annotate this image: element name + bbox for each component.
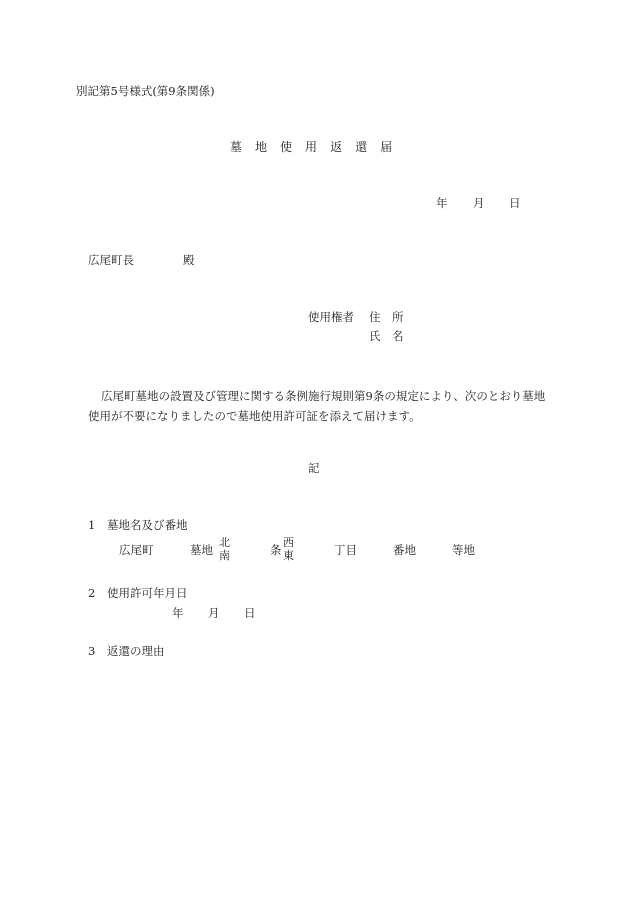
name-label: 氏 名 xyxy=(369,329,404,343)
field-chome: 丁目 xyxy=(334,545,357,557)
field-banchi: 番地 xyxy=(393,545,416,557)
ki-heading: 記 xyxy=(308,463,320,475)
item-number: 2 xyxy=(88,588,107,600)
body-line-1: 広尾町墓地の設置及び管理に関する条例施行規則第9条の規定により、次のとおり墓地 xyxy=(88,386,558,406)
title-char: 使 xyxy=(280,141,292,153)
field-west: 西 xyxy=(283,536,294,549)
applicant-address-row: 使用権者 住 所 xyxy=(308,312,354,324)
addressee-honorific: 殿 xyxy=(183,255,195,267)
item-label: 使用許可年月日 xyxy=(107,586,188,600)
field-east: 東 xyxy=(283,549,294,562)
document-title: 墓地使用返還届 xyxy=(230,141,405,153)
body-paragraph: 広尾町墓地の設置及び管理に関する条例施行規則第9条の規定により、次のとおり墓地 … xyxy=(88,386,558,426)
field-north-south: 北 南 xyxy=(219,536,230,562)
title-char: 墓 xyxy=(230,141,242,153)
field-west-east: 西 東 xyxy=(283,536,294,562)
item-1-heading: 1墓地名及び番地 xyxy=(88,520,188,532)
item-label: 返還の理由 xyxy=(107,644,165,658)
field-tochi: 等地 xyxy=(452,545,475,557)
date-day: 日 xyxy=(509,198,521,210)
field-town: 広尾町 xyxy=(119,545,154,557)
field-north: 北 xyxy=(219,536,230,549)
field-jo: 条 xyxy=(270,545,282,557)
permit-year: 年 xyxy=(172,608,184,620)
date-month: 月 xyxy=(473,198,485,210)
body-line-2: 使用が不要になりましたので墓地使用許可証を添えて届けます。 xyxy=(88,406,558,426)
addressee: 広尾町長 殿 xyxy=(88,255,134,267)
field-south: 南 xyxy=(219,549,230,562)
applicant-role: 使用権者 xyxy=(308,310,354,324)
title-char: 用 xyxy=(305,141,317,153)
title-char: 地 xyxy=(255,141,267,153)
title-char: 還 xyxy=(355,141,367,153)
item-number: 1 xyxy=(88,520,107,532)
date-year: 年 xyxy=(436,198,448,210)
addressee-name: 広尾町長 xyxy=(88,253,134,267)
field-cemetery: 墓地 xyxy=(190,545,213,557)
item-3-heading: 3返還の理由 xyxy=(88,646,165,658)
item-number: 3 xyxy=(88,646,107,658)
address-label: 住 所 xyxy=(369,312,404,324)
form-number: 別記第5号様式(第9条関係) xyxy=(76,86,215,98)
item-2-heading: 2使用許可年月日 xyxy=(88,588,188,600)
title-char: 届 xyxy=(380,141,392,153)
title-char: 返 xyxy=(330,141,342,153)
permit-month: 月 xyxy=(208,608,220,620)
item-label: 墓地名及び番地 xyxy=(107,518,188,532)
permit-day: 日 xyxy=(244,608,256,620)
applicant-name-row: 氏 名 xyxy=(369,331,404,343)
